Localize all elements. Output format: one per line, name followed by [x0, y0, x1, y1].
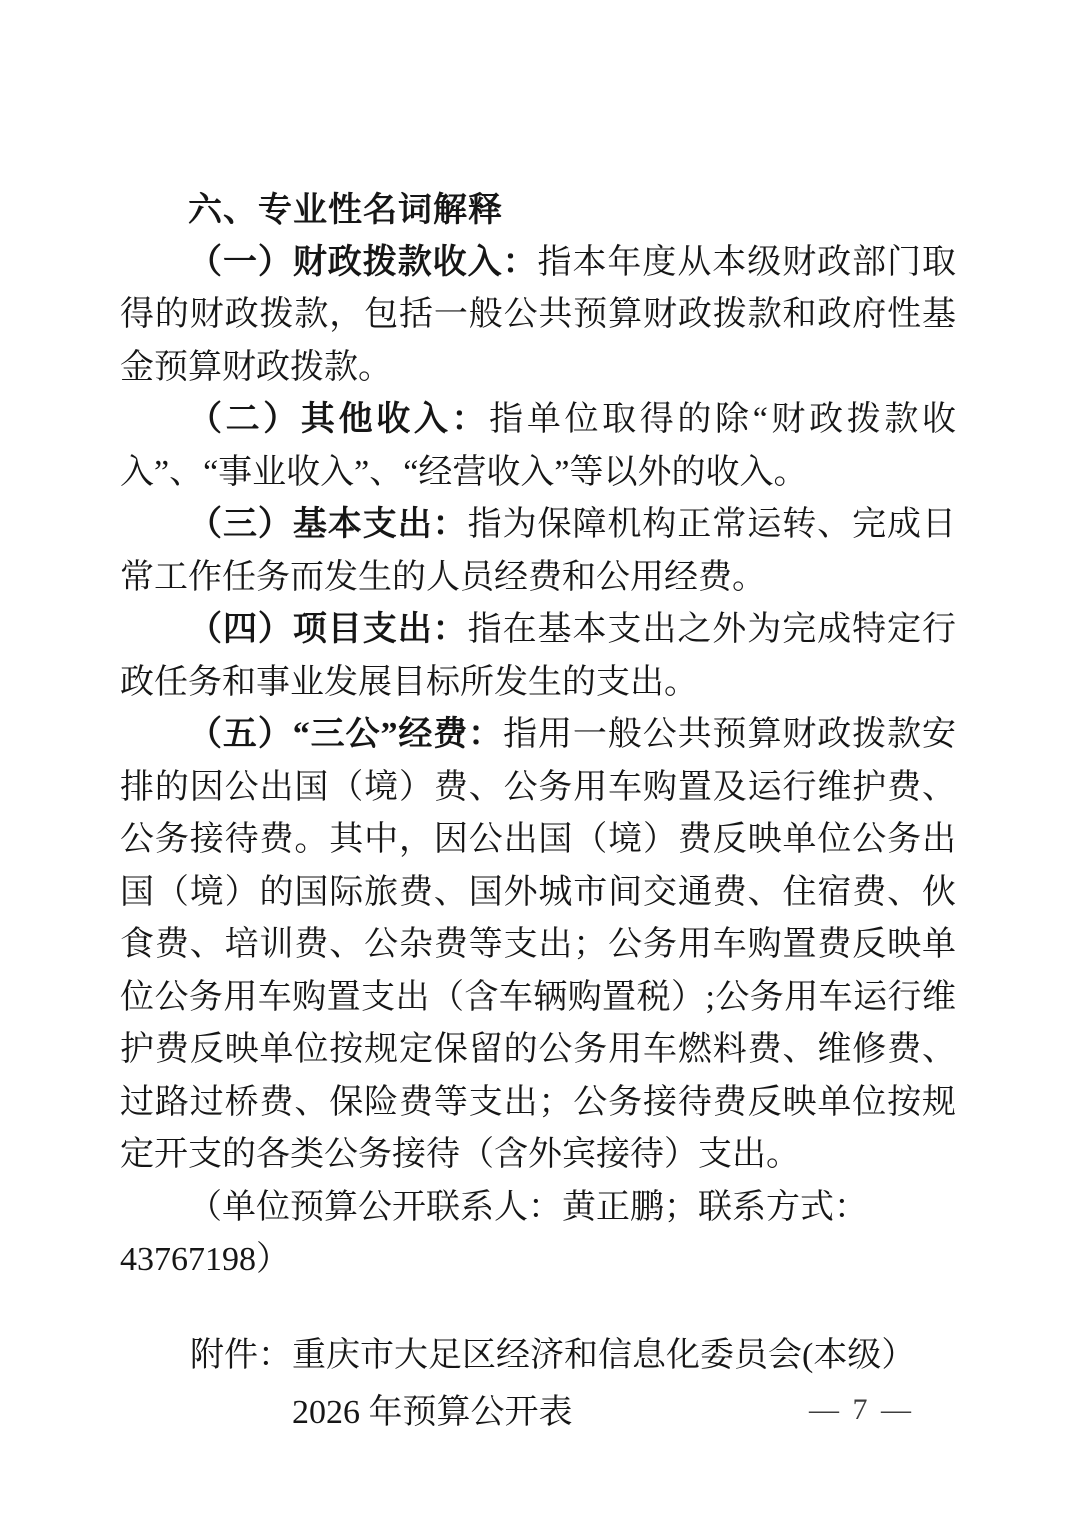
section-heading: 六、专业性名词解释	[120, 184, 956, 237]
term-label: （三）基本支出：	[188, 506, 468, 543]
term-label: （一）财政拨款收入：	[188, 244, 538, 281]
page-number: — 7 —	[809, 1393, 914, 1427]
definition-paragraph-1: （一）财政拨款收入：指本年度从本级财政部门取得的财政拨款，包括一般公共预算财政拨…	[120, 237, 956, 395]
definition-paragraph-2: （二）其他收入：指单位取得的除“财政拨款收入”、“事业收入”、“经营收入”等以外…	[120, 394, 956, 499]
term-label: （二）其他收入：	[188, 401, 489, 438]
term-label: （四）项目支出：	[188, 611, 468, 648]
definition-paragraph-5: （五）“三公”经费：指用一般公共预算财政拨款安排的因公出国（境）费、公务用车购置…	[120, 709, 956, 1182]
document-page: 六、专业性名词解释 （一）财政拨款收入：指本年度从本级财政部门取得的财政拨款，包…	[0, 0, 1074, 1520]
definition-paragraph-4: （四）项目支出：指在基本支出之外为完成特定行政任务和事业发展目标所发生的支出。	[120, 604, 956, 709]
term-definition: 指用一般公共预算财政拨款安排的因公出国（境）费、公务用车购置及运行维护费、公务接…	[120, 716, 956, 1173]
attachment-label: 附件：	[190, 1337, 292, 1374]
document-body: 六、专业性名词解释 （一）财政拨款收入：指本年度从本级财政部门取得的财政拨款，包…	[120, 184, 956, 1441]
definition-paragraph-3: （三）基本支出：指为保障机构正常运转、完成日常工作任务而发生的人员经费和公用经费…	[120, 499, 956, 604]
term-label: （五）“三公”经费：	[188, 716, 503, 753]
contact-line: （单位预算公开联系人：黄正鹏；联系方式：43767198）	[120, 1182, 956, 1287]
